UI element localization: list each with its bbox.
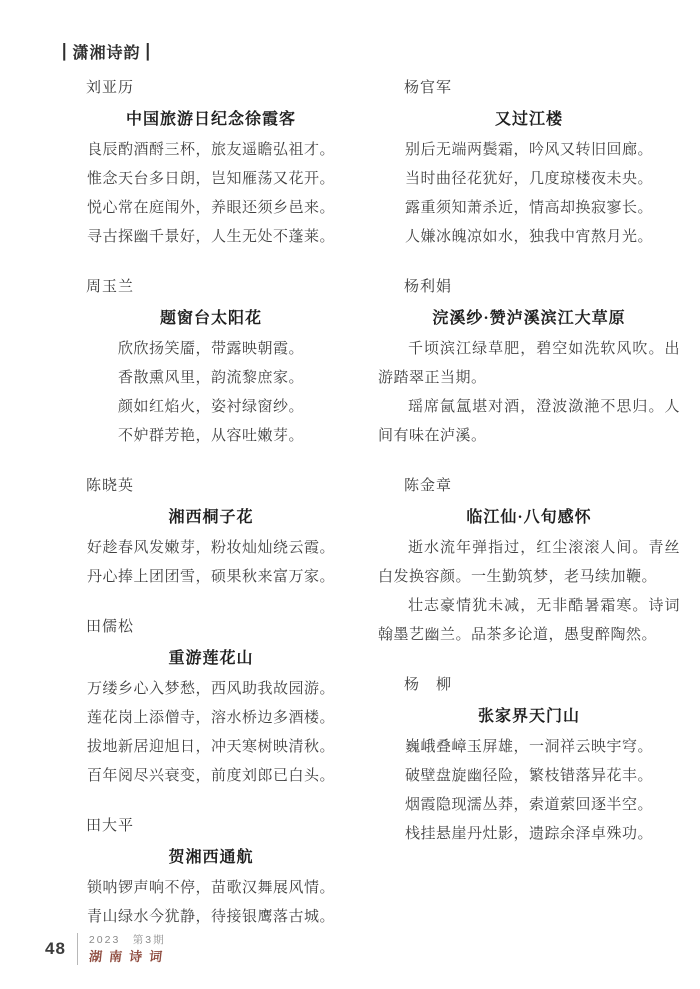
poem-line: 别后无端两鬓霜，吟风又转旧回廊。 xyxy=(378,136,680,165)
poem-line: 百年阅尽兴衰变，前度刘郎已白头。 xyxy=(60,762,362,791)
poem-line: 丹心捧上团团雪，硕果秋来富万家。 xyxy=(60,563,362,592)
poem-line: 烟霞隐现濡丛莽，索道萦回逐半空。 xyxy=(378,791,680,820)
journal-page: | 潇湘诗韵 | 刘亚历中国旅游日纪念徐霞客良辰酌酒酹三杯，旅友遥瞻弘祖才。惟念… xyxy=(0,0,700,989)
poem: 周玉兰题窗台太阳花欣欣扬笑靥，带露映朝霞。香散熏风里，韵流黎庶家。颜如红焰火，姿… xyxy=(60,275,362,451)
poem-line: 千顷滨江绿草肥，碧空如洗软风吹。出游踏翠正当期。 xyxy=(378,335,680,393)
poem-body: 巍峨叠嶂玉屏雄，一洞祥云映宇穹。破壁盘旋幽径险，繁枝错落异花丰。烟霞隐现濡丛莽，… xyxy=(378,733,680,849)
poem-author: 刘亚历 xyxy=(60,76,362,97)
poem-line: 瑶席氤氲堪对酒，澄波潋滟不思归。人间有味在泸溪。 xyxy=(378,393,680,451)
poem: 陈晓英湘西桐子花好趁春风发嫩芽，粉妆灿灿绕云霞。丹心捧上团团雪，硕果秋来富万家。 xyxy=(60,474,362,592)
poem-line: 破壁盘旋幽径险，繁枝错落异花丰。 xyxy=(378,762,680,791)
header-bar: | xyxy=(146,41,151,62)
poem-line: 露重须知萧杀近，情高却换寂寥长。 xyxy=(378,194,680,223)
poem-line: 欣欣扬笑靥，带露映朝霞。 xyxy=(60,335,362,364)
page-footer: 48 2023 第3期 湖南诗词 xyxy=(45,933,169,965)
issue-info: 2023 第3期 xyxy=(89,934,169,947)
journal-name-script: 湖南诗词 xyxy=(88,950,169,964)
poem-line: 颜如红焰火，姿衬绿窗纱。 xyxy=(60,393,362,422)
left-column: 刘亚历中国旅游日纪念徐霞客良辰酌酒酹三杯，旅友遥瞻弘祖才。惟念天台多日朗，岂知雁… xyxy=(60,76,362,955)
poem-title: 浣溪纱·赞泸溪滨江大草原 xyxy=(378,305,680,328)
poem-columns: 刘亚历中国旅游日纪念徐霞客良辰酌酒酹三杯，旅友遥瞻弘祖才。惟念天台多日朗，岂知雁… xyxy=(60,76,680,955)
poem-author: 陈晓英 xyxy=(60,474,362,495)
poem-line: 巍峨叠嶂玉屏雄，一洞祥云映宇穹。 xyxy=(378,733,680,762)
poem-line: 香散熏风里，韵流黎庶家。 xyxy=(60,364,362,393)
poem-title: 中国旅游日纪念徐霞客 xyxy=(60,106,362,129)
poem-body: 别后无端两鬓霜，吟风又转旧回廊。当时曲径花犹好，几度琼楼夜未央。露重须知萧杀近，… xyxy=(378,136,680,252)
poem: 杨利娟浣溪纱·赞泸溪滨江大草原千顷滨江绿草肥，碧空如洗软风吹。出游踏翠正当期。瑶… xyxy=(378,275,680,451)
issue-block: 2023 第3期 湖南诗词 xyxy=(89,934,169,964)
poem: 陈金章临江仙·八旬感怀逝水流年弹指过，红尘滚滚人间。青丝白发换容颜。一生勤筑梦，… xyxy=(378,474,680,650)
poem-author: 周玉兰 xyxy=(60,275,362,296)
poem-line: 莲花岗上添僧寺，溶水桥边多酒楼。 xyxy=(60,704,362,733)
poem-title: 题窗台太阳花 xyxy=(60,305,362,328)
poem-title: 又过江楼 xyxy=(378,106,680,129)
poem: 田大平贺湘西通航锁呐锣声响不停，苗歌汉舞展风情。青山绿水今犹静，待接银鹰落古城。 xyxy=(60,814,362,932)
poem-title: 贺湘西通航 xyxy=(60,844,362,867)
poem-body: 欣欣扬笑靥，带露映朝霞。香散熏风里，韵流黎庶家。颜如红焰火，姿衬绿窗纱。不妒群芳… xyxy=(60,335,362,451)
poem-title: 湘西桐子花 xyxy=(60,504,362,527)
poem-body: 逝水流年弹指过，红尘滚滚人间。青丝白发换容颜。一生勤筑梦，老马续加鞭。壮志豪情犹… xyxy=(378,534,680,650)
poem-line: 当时曲径花犹好，几度琼楼夜未央。 xyxy=(378,165,680,194)
poem-line: 锁呐锣声响不停，苗歌汉舞展风情。 xyxy=(60,874,362,903)
poem-title: 临江仙·八旬感怀 xyxy=(378,504,680,527)
poem-line: 惟念天台多日朗，岂知雁荡又花开。 xyxy=(60,165,362,194)
poem-body: 锁呐锣声响不停，苗歌汉舞展风情。青山绿水今犹静，待接银鹰落古城。 xyxy=(60,874,362,932)
header-bar: | xyxy=(62,41,67,62)
poem-body: 万缕乡心入梦愁，西风助我故园游。莲花岗上添僧寺，溶水桥边多酒楼。拔地新居迎旭日，… xyxy=(60,675,362,791)
poem-author: 陈金章 xyxy=(378,474,680,495)
poem-line: 拔地新居迎旭日，冲天寒树映清秋。 xyxy=(60,733,362,762)
poem-author: 杨利娟 xyxy=(378,275,680,296)
footer-divider xyxy=(77,933,78,965)
poem-author: 田大平 xyxy=(60,814,362,835)
page-header: | 潇湘诗韵 | xyxy=(62,40,151,63)
poem-line: 青山绿水今犹静，待接银鹰落古城。 xyxy=(60,903,362,932)
poem-title: 重游莲花山 xyxy=(60,645,362,668)
poem-line: 逝水流年弹指过，红尘滚滚人间。青丝白发换容颜。一生勤筑梦，老马续加鞭。 xyxy=(378,534,680,592)
poem-line: 寻古探幽千景好，人生无处不蓬莱。 xyxy=(60,223,362,252)
poem-author: 杨 柳 xyxy=(378,673,680,694)
poem-line: 不妒群芳艳，从容吐嫩芽。 xyxy=(60,422,362,451)
poem-line: 人嫌冰魄凉如水，独我中宵熬月光。 xyxy=(378,223,680,252)
poem-author: 田儒松 xyxy=(60,615,362,636)
poem-line: 万缕乡心入梦愁，西风助我故园游。 xyxy=(60,675,362,704)
poem-line: 悦心常在庭闱外，养眼还须乡邑来。 xyxy=(60,194,362,223)
poem-body: 千顷滨江绿草肥，碧空如洗软风吹。出游踏翠正当期。瑶席氤氲堪对酒，澄波潋滟不思归。… xyxy=(378,335,680,451)
section-title: 潇湘诗韵 xyxy=(72,40,140,63)
poem: 田儒松重游莲花山万缕乡心入梦愁，西风助我故园游。莲花岗上添僧寺，溶水桥边多酒楼。… xyxy=(60,615,362,791)
poem-author: 杨官军 xyxy=(378,76,680,97)
poem: 刘亚历中国旅游日纪念徐霞客良辰酌酒酹三杯，旅友遥瞻弘祖才。惟念天台多日朗，岂知雁… xyxy=(60,76,362,252)
poem-line: 栈挂悬崖丹灶影，遗踪余泽卓殊功。 xyxy=(378,820,680,849)
poem-line: 壮志豪情犹未减，无非酷暑霜寒。诗词翰墨艺幽兰。品茶多论道，愚叟醉陶然。 xyxy=(378,592,680,650)
poem-line: 良辰酌酒酹三杯，旅友遥瞻弘祖才。 xyxy=(60,136,362,165)
poem-title: 张家界天门山 xyxy=(378,703,680,726)
poem-body: 良辰酌酒酹三杯，旅友遥瞻弘祖才。惟念天台多日朗，岂知雁荡又花开。悦心常在庭闱外，… xyxy=(60,136,362,252)
poem-body: 好趁春风发嫩芽，粉妆灿灿绕云霞。丹心捧上团团雪，硕果秋来富万家。 xyxy=(60,534,362,592)
page-number: 48 xyxy=(45,939,66,959)
poem: 杨 柳张家界天门山巍峨叠嶂玉屏雄，一洞祥云映宇穹。破壁盘旋幽径险，繁枝错落异花丰… xyxy=(378,673,680,849)
right-column: 杨官军又过江楼别后无端两鬓霜，吟风又转旧回廊。当时曲径花犹好，几度琼楼夜未央。露… xyxy=(378,76,680,955)
poem: 杨官军又过江楼别后无端两鬓霜，吟风又转旧回廊。当时曲径花犹好，几度琼楼夜未央。露… xyxy=(378,76,680,252)
poem-line: 好趁春风发嫩芽，粉妆灿灿绕云霞。 xyxy=(60,534,362,563)
